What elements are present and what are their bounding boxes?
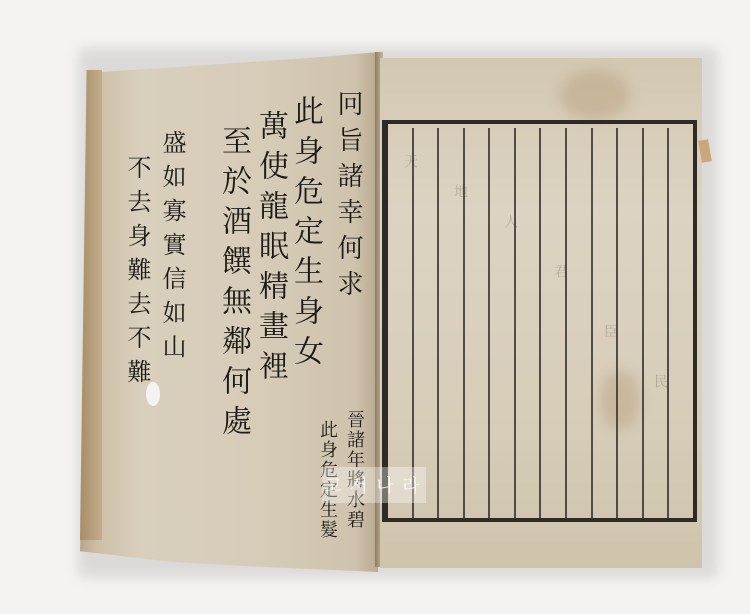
calligraphy-column: 不去身難去不難 xyxy=(125,155,149,393)
calligraphy-column: 盛如寡實信如山 xyxy=(160,130,184,368)
watermark-char: 나 xyxy=(376,472,397,498)
faint-printed-text: 人 xyxy=(500,214,520,234)
faint-printed-text: 臣 xyxy=(600,324,620,344)
faint-printed-text: 地 xyxy=(450,184,470,204)
watermark-char: 라 xyxy=(402,472,423,498)
faint-printed-text: 君 xyxy=(550,264,570,284)
calligraphy-column: 此身危定生身女 xyxy=(290,95,320,375)
calligraphy-column: 冋旨諸幸何求 xyxy=(335,90,361,306)
paper-stain xyxy=(560,70,630,120)
calligraphy-column: 至於酒饌無鄰何處 xyxy=(218,125,248,445)
watermark: 고 서 나 라 xyxy=(322,467,426,503)
faint-printed-text: 天 xyxy=(400,154,420,174)
calligraphy-column: 萬使龍眠精畫裡 xyxy=(255,110,285,390)
faint-printed-text: 民 xyxy=(650,374,670,394)
watermark-char: 서 xyxy=(350,472,371,498)
watermark-char: 고 xyxy=(324,472,345,498)
ruled-table: 天 地 人 君 臣 民 xyxy=(382,120,697,522)
